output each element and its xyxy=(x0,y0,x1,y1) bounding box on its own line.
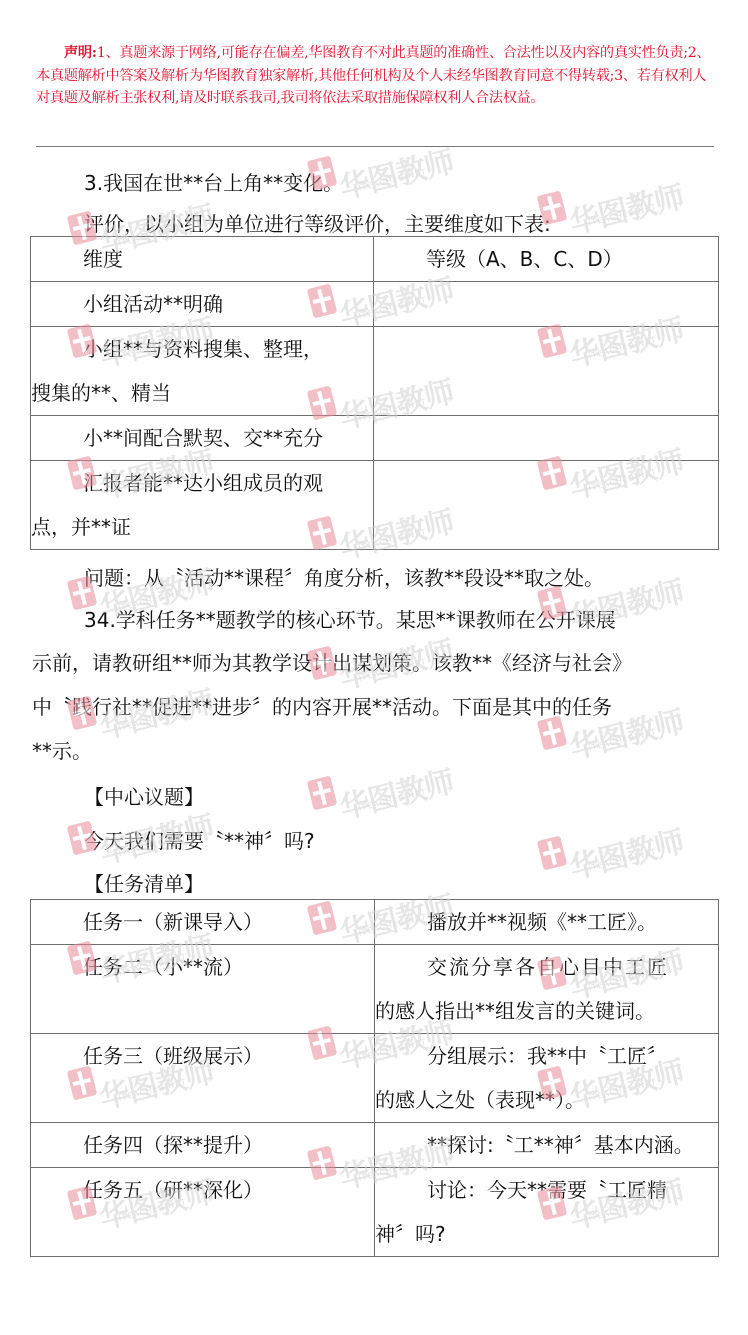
task-list-heading: 【任务清单】 xyxy=(84,873,204,895)
evaluation-table: 维度 等级（A、B、C、D） 小组活动**明确 小组**与资料搜集、整理， 搜集… xyxy=(30,236,719,550)
q34-line-3: 中〝践行社**促进**进步〞的内容开展**活动。下面是其中的任务 xyxy=(32,696,612,718)
watermark-logo-icon: 华图教师HTEACHER.NET xyxy=(540,185,680,235)
disclaimer-text: 1、真题来源于网络,可能存在偏差,华图教育不对此真题的准确性、合法性以及内容的真… xyxy=(36,45,710,106)
task-name-cell: 任务五（研**深化） xyxy=(31,1168,375,1257)
dimension-cell: 小**间配合默契、交**充分 xyxy=(31,416,374,461)
q34-line-1: 34.学科任务**题教学的核心环节。某思**课教师在公开课展 xyxy=(84,609,616,631)
grade-cell xyxy=(374,416,719,461)
task-content-cell: 交流分享各自心目中工匠 的感人指出**组发言的关键词。 xyxy=(375,945,719,1034)
task-name-cell: 任务三（班级展示） xyxy=(31,1034,375,1123)
task-name-cell: 任务四（探**提升） xyxy=(31,1123,375,1168)
task-name-cell: 任务一（新课导入） xyxy=(31,900,375,945)
table-row: 小**间配合默契、交**充分 xyxy=(31,416,719,461)
q34-line-4: **示。 xyxy=(32,740,92,762)
question-text: 问题：从〝活动**课程〞角度分析，该教**段设**取之处。 xyxy=(84,567,604,589)
table-row: 小组活动**明确 xyxy=(31,282,719,327)
grade-cell xyxy=(374,282,719,327)
central-topic-heading: 【中心议题】 xyxy=(84,786,204,808)
table-row: 任务一（新课导入） 播放并**视频《**工匠》。 xyxy=(31,900,719,945)
task-content-cell: 播放并**视频《**工匠》。 xyxy=(375,900,719,945)
disclaimer: 声明:1、真题来源于网络,可能存在偏差,华图教育不对此真题的准确性、合法性以及内… xyxy=(36,42,714,110)
q34-line-2: 示前，请教研组**师为其教学设计出谋划策。该教**《经济与社会》 xyxy=(32,652,632,674)
table-row: 小组**与资料搜集、整理， 搜集的**、精当 xyxy=(31,327,719,416)
header-divider xyxy=(36,146,714,147)
dimension-cell: 小组**与资料搜集、整理， 搜集的**、精当 xyxy=(31,327,374,416)
table-row: 任务五（研**深化） 讨论：今天**需要〝工匠精 神〞吗? xyxy=(31,1168,719,1257)
table-row: 汇报者能**达小组成员的观 点，并**证 xyxy=(31,461,719,550)
grade-cell xyxy=(374,327,719,416)
evaluation-table-header: 维度 等级（A、B、C、D） xyxy=(31,237,719,282)
task-content-cell: 分组展示：我**中〝工匠〞 的感人之处（表现**）。 xyxy=(375,1034,719,1123)
table-row: 任务三（班级展示） 分组展示：我**中〝工匠〞 的感人之处（表现**）。 xyxy=(31,1034,719,1123)
evaluation-intro: 评价，以小组为单位进行等级评价，主要维度如下表: xyxy=(84,213,551,235)
item-3-text: 3.我国在世**台上角**变化。 xyxy=(84,172,343,194)
header-grade: 等级（A、B、C、D） xyxy=(374,237,719,282)
table-row: 任务二（小**流） 交流分享各自心目中工匠 的感人指出**组发言的关键词。 xyxy=(31,945,719,1034)
table-row: 任务四（探**提升） **探讨:〝工**神〞基本内涵。 xyxy=(31,1123,719,1168)
task-name-cell: 任务二（小**流） xyxy=(31,945,375,1034)
disclaimer-label: 声明: xyxy=(64,45,97,61)
central-topic: 今天我们需要〝**神〞吗? xyxy=(84,830,315,852)
task-content-cell: **探讨:〝工**神〞基本内涵。 xyxy=(375,1123,719,1168)
task-table: 任务一（新课导入） 播放并**视频《**工匠》。 任务二（小**流） 交流分享各… xyxy=(30,899,719,1257)
header-dimension: 维度 xyxy=(31,237,374,282)
watermark-logo-icon: 华图教师HTEACHER.NET xyxy=(540,830,680,880)
watermark-logo-icon: 华图教师HTEACHER.NET xyxy=(310,770,450,820)
dimension-cell: 小组活动**明确 xyxy=(31,282,374,327)
dimension-cell: 汇报者能**达小组成员的观 点，并**证 xyxy=(31,461,374,550)
grade-cell xyxy=(374,461,719,550)
task-content-cell: 讨论：今天**需要〝工匠精 神〞吗? xyxy=(375,1168,719,1257)
